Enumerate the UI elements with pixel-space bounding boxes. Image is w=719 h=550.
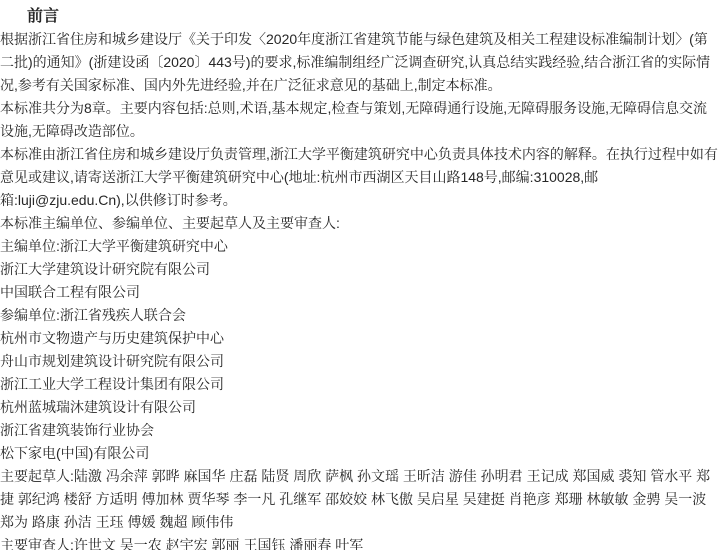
participating-unit-line: 杭州市文物遗产与历史建筑保护中心 xyxy=(0,327,719,350)
participating-unit-line: 杭州蓝城瑞沐建筑设计有限公司 xyxy=(0,396,719,419)
intro-paragraph-contents: 本标准共分为8章。主要内容包括:总则,术语,基本规定,检查与策划,无障碍通行设施… xyxy=(0,97,719,143)
reviewers-line: 主要审查人:许世文 吴一农 赵宇宏 郭丽 王国钰 潘丽春 叶军 xyxy=(0,534,719,550)
preface-document: 前言 根据浙江省住房和城乡建设厅《关于印发〈2020年度浙江省建筑节能与绿色建筑… xyxy=(0,0,719,550)
participating-unit-line: 参编单位:浙江省残疾人联合会 xyxy=(0,304,719,327)
drafters-line: 主要起草人:陆激 冯余萍 郭晔 麻国华 庄磊 陆贤 周欣 萨枫 孙文瑶 王昕洁 … xyxy=(0,465,719,534)
intro-paragraph-units-heading: 本标准主编单位、参编单位、主要起草人及主要审查人: xyxy=(0,212,719,235)
chief-editor-unit-line: 浙江大学建筑设计研究院有限公司 xyxy=(0,258,719,281)
intro-paragraph-management-contact: 本标准由浙江省住房和城乡建设厅负责管理,浙江大学平衡建筑研究中心负责具体技术内容… xyxy=(0,143,719,212)
participating-unit-line: 松下家电(中国)有限公司 xyxy=(0,442,719,465)
intro-paragraph-basis: 根据浙江省住房和城乡建设厅《关于印发〈2020年度浙江省建筑节能与绿色建筑及相关… xyxy=(0,28,719,97)
document-title: 前言 xyxy=(0,5,719,28)
chief-editor-unit-line: 主编单位:浙江大学平衡建筑研究中心 xyxy=(0,235,719,258)
chief-editor-unit-line: 中国联合工程有限公司 xyxy=(0,281,719,304)
participating-unit-line: 舟山市规划建筑设计研究院有限公司 xyxy=(0,350,719,373)
participating-unit-line: 浙江工业大学工程设计集团有限公司 xyxy=(0,373,719,396)
participating-unit-line: 浙江省建筑装饰行业协会 xyxy=(0,419,719,442)
